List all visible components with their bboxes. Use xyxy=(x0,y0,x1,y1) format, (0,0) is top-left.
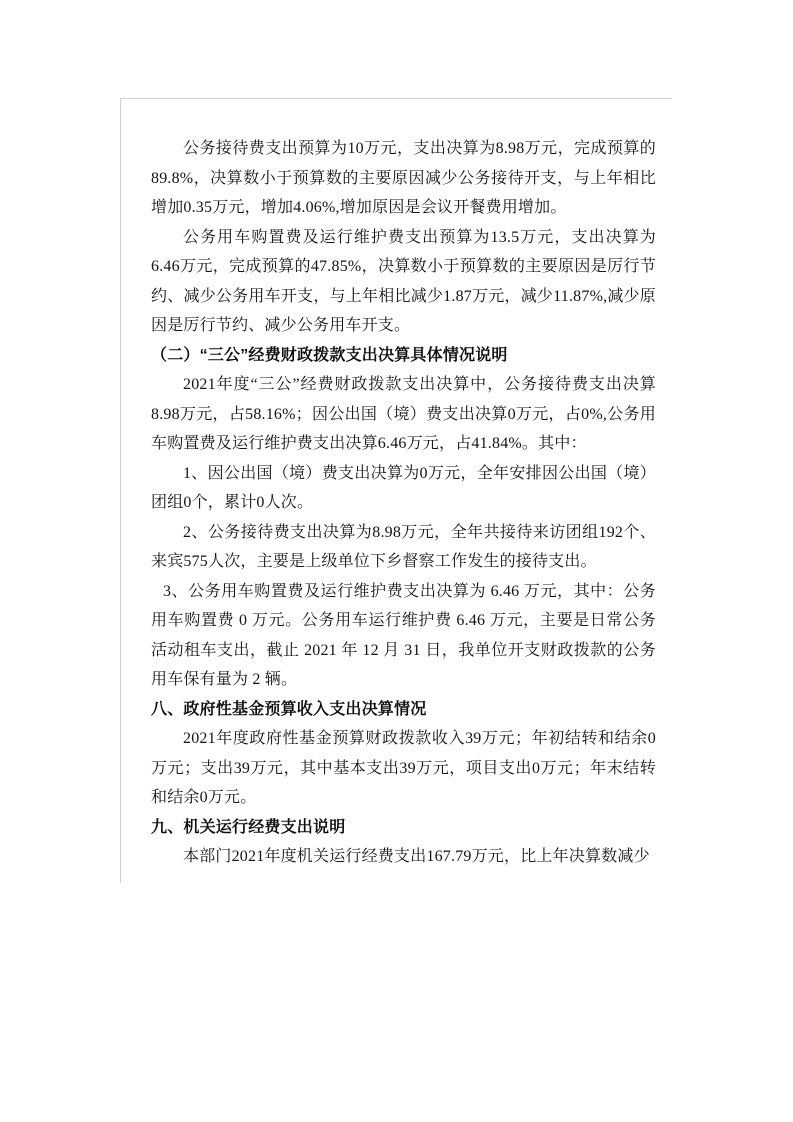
heading-three-public-expense-details: （二）“三公”经费财政拨款支出决算具体情况说明 xyxy=(151,341,656,371)
paragraph-government-fund-details: 2021年度政府性基金预算财政拨款收入39万元；年初结转和结余0万元；支出39万… xyxy=(151,724,656,813)
document-page: 公务接待费支出预算为10万元，支出决算为8.98万元，完成预算的89.8%，决算… xyxy=(120,98,672,883)
paragraph-agency-operating-expense: 本部门2021年度机关运行经费支出167.79万元，比上年决算数减少 xyxy=(151,842,656,872)
paragraph-item-3-vehicle-expense: 3、公务用车购置费及运行维护费支出决算为 6.46 万元，其中：公务用车购置费 … xyxy=(151,577,656,695)
heading-government-fund-budget: 八、政府性基金预算收入支出决算情况 xyxy=(151,695,656,725)
document-content: 公务接待费支出预算为10万元，支出决算为8.98万元，完成预算的89.8%，决算… xyxy=(121,99,672,872)
paragraph-item-2-official-reception: 2、公务接待费支出决算为8.98万元，全年共接待来访团组192个、来宾575人次… xyxy=(151,518,656,577)
paragraph-three-public-breakdown: 2021年度“三公”经费财政拨款支出决算中，公务接待费支出决算8.98万元，占5… xyxy=(151,370,656,459)
document-viewer: { "style": { "page_background": "#ffffff… xyxy=(0,0,793,1122)
paragraph-item-1-overseas-trips: 1、因公出国（境）费支出决算为0万元，全年安排因公出国（境）团组0个，累计0人次… xyxy=(151,459,656,518)
paragraph-official-reception-budget: 公务接待费支出预算为10万元，支出决算为8.98万元，完成预算的89.8%，决算… xyxy=(151,134,656,223)
paragraph-official-vehicle-budget: 公务用车购置费及运行维护费支出预算为13.5万元，支出决算为6.46万元，完成预… xyxy=(151,223,656,341)
heading-agency-operating-expense: 九、机关运行经费支出说明 xyxy=(151,813,656,843)
